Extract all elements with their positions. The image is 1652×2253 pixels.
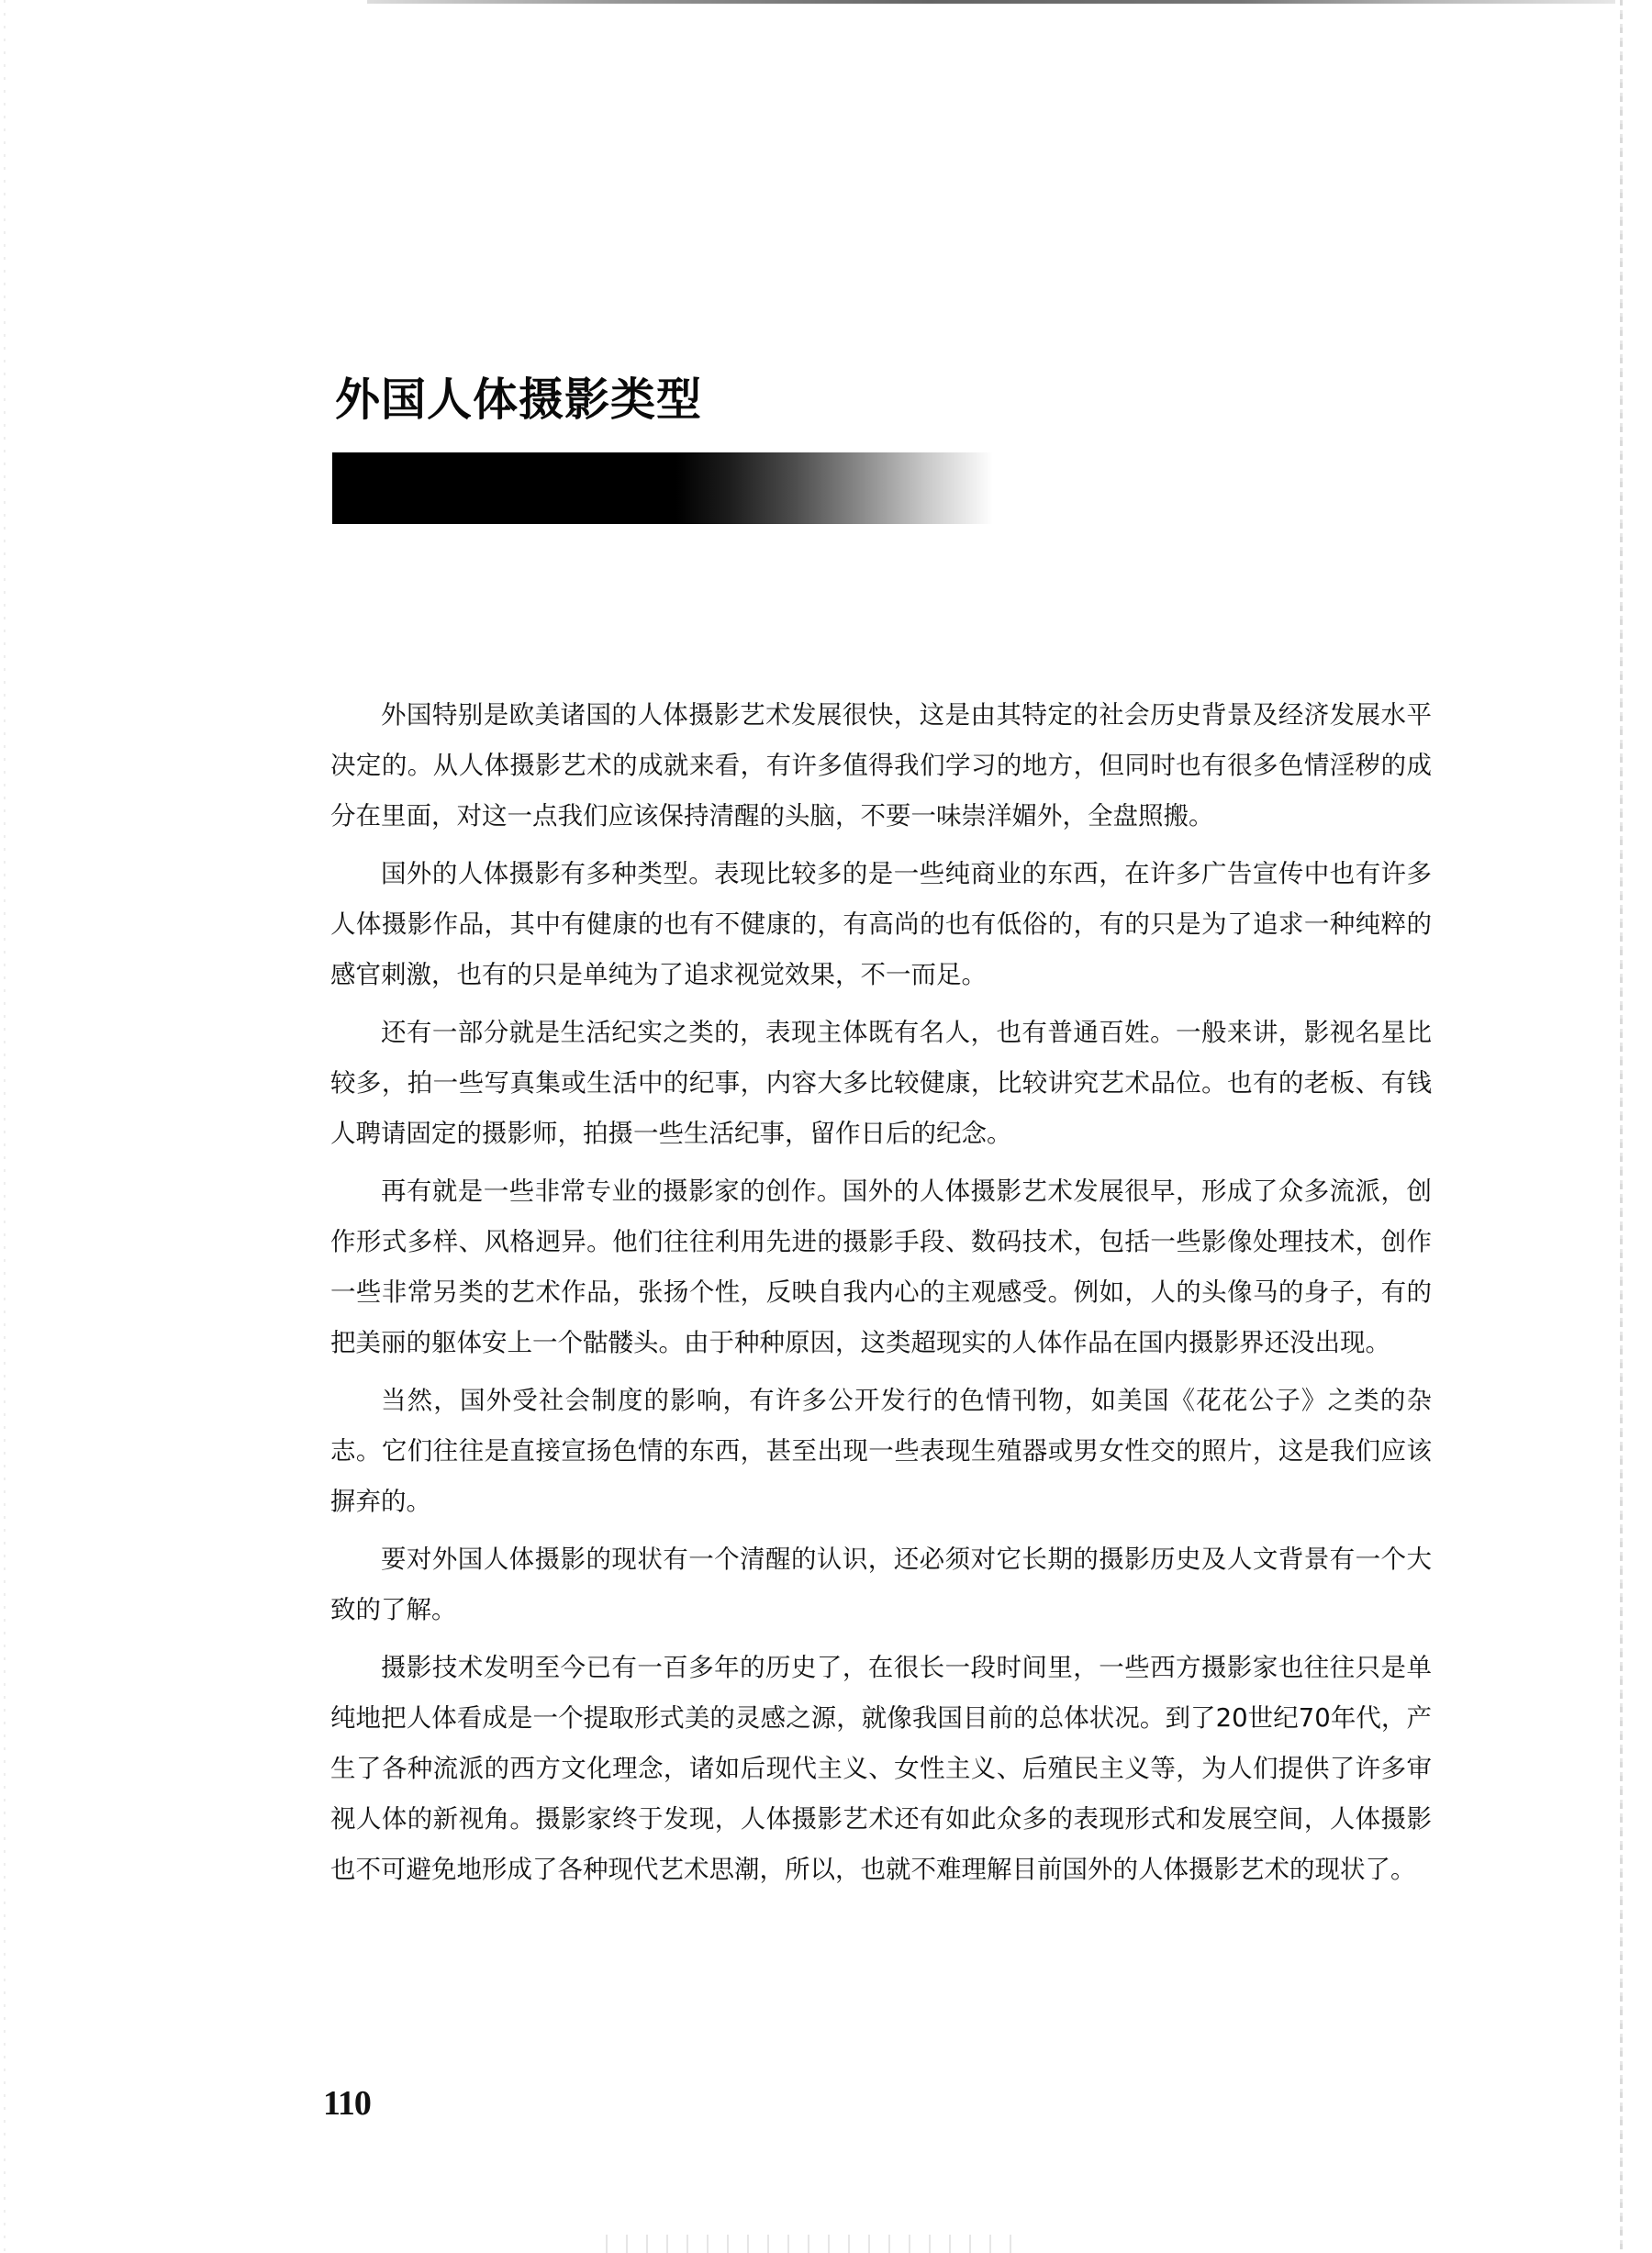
scan-bottom-marks — [606, 2235, 1019, 2253]
paragraph: 要对外国人体摄影的现状有一个清醒的认识，还必须对它长期的摄影历史及人文背景有一个… — [330, 1534, 1432, 1635]
paragraph: 当然，国外受社会制度的影响，有许多公开发行的色情刊物，如美国《花花公子》之类的杂… — [330, 1376, 1432, 1527]
scan-edge-left — [4, 0, 6, 2253]
paragraph: 再有就是一些非常专业的摄影家的创作。国外的人体摄影艺术发展很早，形成了众多流派，… — [330, 1166, 1432, 1368]
paragraph: 摄影技术发明至今已有一百多年的历史了，在很长一段时间里，一些西方摄影家也往往只是… — [330, 1643, 1432, 1895]
page-title: 外国人体摄影类型 — [335, 377, 702, 422]
paragraph: 外国特别是欧美诸国的人体摄影艺术发展很快，这是由其特定的社会历史背景及经济发展水… — [330, 690, 1432, 842]
article-body: 外国特别是欧美诸国的人体摄影艺术发展很快，这是由其特定的社会历史背景及经济发展水… — [330, 690, 1432, 1902]
title-gradient-bar — [332, 452, 993, 524]
paragraph: 国外的人体摄影有多种类型。表现比较多的是一些纯商业的东西，在许多广告宣传中也有许… — [330, 849, 1432, 1000]
page-number: 110 — [323, 2083, 371, 2124]
scan-edge-right — [1620, 0, 1623, 2253]
top-scan-rule — [367, 0, 1615, 4]
paragraph: 还有一部分就是生活纪实之类的，表现主体既有名人，也有普通百姓。一般来讲，影视名星… — [330, 1008, 1432, 1159]
